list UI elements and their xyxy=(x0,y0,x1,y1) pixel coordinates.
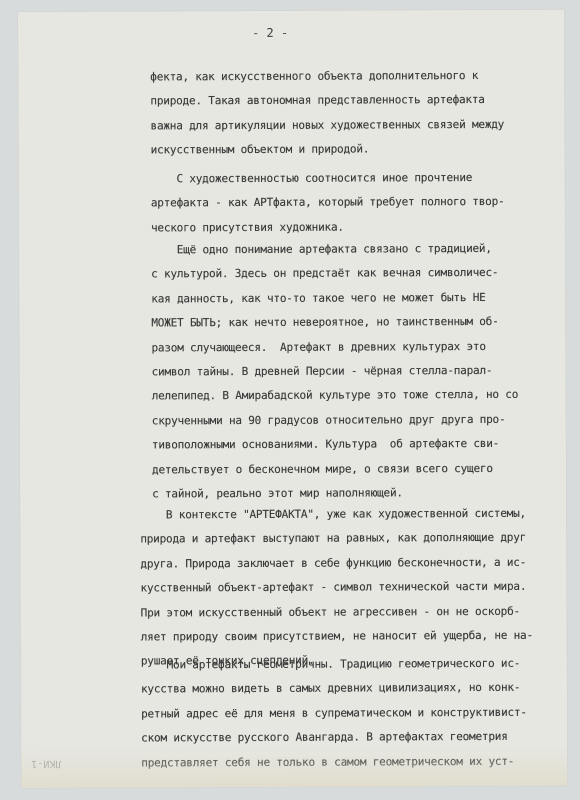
text-line: В контексте "АРТЕФАКТА", уже как художес… xyxy=(140,502,532,528)
text-line: важна для артикуляции новых художественн… xyxy=(150,113,504,139)
text-line: кусственный объект-артефакт - символ тех… xyxy=(140,575,532,601)
paragraph-5: Мои артефакты геометричны. Традицию геом… xyxy=(141,652,527,776)
typewritten-page: - 2 - фекта, как искусственного объекта … xyxy=(18,10,567,788)
text-line: природа и артефакт выступают на равных, … xyxy=(140,526,532,552)
scanned-document: - 2 - фекта, как искусственного объекта … xyxy=(0,0,580,800)
text-line: Ещё одно понимание артефакта связано с т… xyxy=(151,237,518,263)
text-line: разом случающееся. Артефакт в древних ку… xyxy=(151,334,518,360)
text-line: артефакта - как АРТфакта, который требуе… xyxy=(151,190,505,216)
paragraph-3: Ещё одно понимание артефакта связано с т… xyxy=(151,237,519,507)
text-line: друга. Природа заключает в себе функцию … xyxy=(140,551,532,577)
text-line: искусственным объектом и природой. xyxy=(151,137,505,163)
text-line: При этом искусственный объект не агресси… xyxy=(141,599,533,625)
page-number: - 2 - xyxy=(252,26,288,40)
text-line: лелепипед. В Амирабадской культуре это т… xyxy=(152,383,519,409)
text-line: представляет себя не только в самом геом… xyxy=(141,749,527,775)
text-line: ском искусстве русского Авангарда. В арт… xyxy=(141,725,527,751)
text-line: символ тайны. В древней Персии - чёрная … xyxy=(152,359,519,385)
archive-stamp: ЛКИ-1 xyxy=(31,758,61,769)
paragraph-2: С художественностью соотносится иное про… xyxy=(151,166,505,241)
text-line: детельствует о бесконечном мире, о связи… xyxy=(152,456,519,482)
text-line: с культурой. Здесь он предстаёт как вечн… xyxy=(151,261,518,287)
text-line: Мои артефакты геометричны. Традицию геом… xyxy=(141,652,527,678)
text-line: скрученными на 90 градусов относительно … xyxy=(152,408,519,434)
paragraph-1: фекта, как искусственного объекта дополн… xyxy=(150,64,504,163)
text-line: кусства можно видеть в самых древних цив… xyxy=(141,676,527,702)
text-line: ретный адрес её для меня в супрематическ… xyxy=(141,701,527,727)
text-line: тивоположными основаниями. Культура об а… xyxy=(152,432,519,458)
text-line: кая данность, как что-то такое чего не м… xyxy=(151,286,518,312)
text-line: фекта, как искусственного объекта дополн… xyxy=(150,64,504,90)
text-line: ляет природу своим присутствием, не нано… xyxy=(141,624,533,650)
text-line: С художественностью соотносится иное про… xyxy=(151,166,505,192)
paragraph-4: В контексте "АРТЕФАКТА", уже как художес… xyxy=(140,502,533,674)
text-line: природе. Такая автономная представленнос… xyxy=(150,88,504,114)
text-line: МОЖЕТ БЫТЬ; как нечто невероятное, но та… xyxy=(151,310,518,336)
